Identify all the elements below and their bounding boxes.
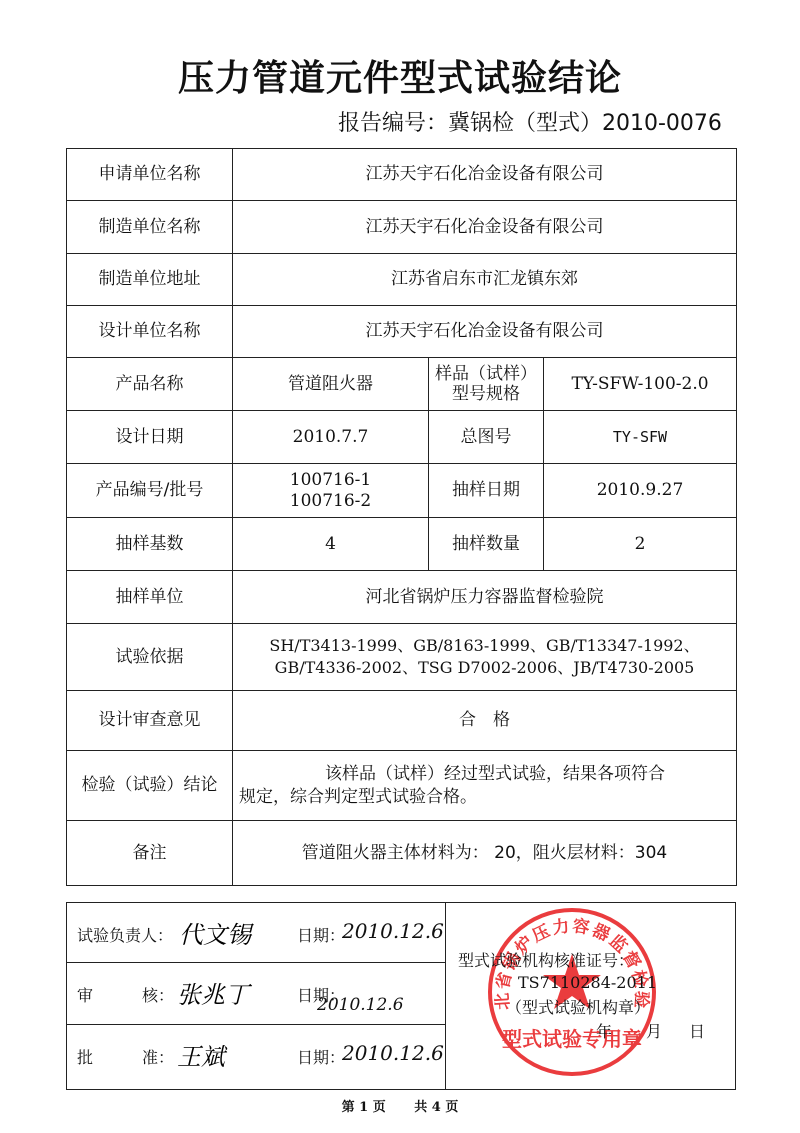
table-row: 申请单位名称 江苏天宇石化冶金设备有限公司 [67, 149, 737, 201]
drawing-no-label: 总图号 [429, 411, 544, 464]
official-seal-icon: 河北省锅炉压力容器监督检验院 型式试验专用章 [486, 906, 658, 1078]
sampling-base-value: 4 [233, 518, 429, 571]
sampling-date-label: 抽样日期 [429, 464, 544, 518]
approver-date-label: 日期： [297, 1045, 345, 1068]
year-label: 年 [596, 1019, 612, 1042]
remarks-value: 管道阻火器主体材料为： 20，阻火层材料：304 [233, 821, 737, 886]
approver-role-label2: 准： [142, 1045, 174, 1068]
design-review-label: 设计审查意见 [67, 691, 233, 751]
reviewer-signature: 张兆丁 [177, 975, 249, 1010]
certificate-label: 型式试验机构核准证号： [458, 948, 634, 971]
applicant-label: 申请单位名称 [67, 149, 233, 201]
table-row: 抽样基数 4 抽样数量 2 [67, 518, 737, 571]
designer-value: 江苏天宇石化冶金设备有限公司 [233, 306, 737, 358]
reviewer-row: 审 核： 张兆丁 日期： 2010.12.6 [67, 963, 445, 1025]
results-table: 申请单位名称 江苏天宇石化冶金设备有限公司 制造单位名称 江苏天宇石化冶金设备有… [66, 148, 737, 886]
tester-role-label: 试验负责人： [77, 923, 173, 946]
sampling-unit-label: 抽样单位 [67, 571, 233, 624]
table-row: 试验依据 SH/T3413-1999、GB/8163-1999、GB/T1334… [67, 624, 737, 691]
table-row: 产品名称 管道阻火器 样品（试样） 型号规格 TY-SFW-100-2.0 [67, 358, 737, 411]
month-label: 月 [646, 1019, 662, 1042]
drawing-no-value: TY-SFW [544, 411, 737, 464]
table-row: 设计审查意见 合 格 [67, 691, 737, 751]
table-row: 设计单位名称 江苏天宇石化冶金设备有限公司 [67, 306, 737, 358]
model-spec-label: 样品（试样） 型号规格 [429, 358, 544, 411]
table-row: 产品编号/批号 100716-1 100716-2 抽样日期 2010.9.27 [67, 464, 737, 518]
applicant-value: 江苏天宇石化冶金设备有限公司 [233, 149, 737, 201]
tester-date: 2010.12.6 [342, 919, 444, 943]
approver-role-label: 批 [77, 1045, 93, 1068]
table-row: 抽样单位 河北省锅炉压力容器监督检验院 [67, 571, 737, 624]
page-footer: 第 1 页 共 4 页 [0, 1096, 800, 1115]
design-date-label: 设计日期 [67, 411, 233, 464]
conclusion-line1: 该样品（试样）经过型式试验，结果各项符合 [239, 763, 730, 786]
mfr-address-value: 江苏省启东市汇龙镇东郊 [233, 254, 737, 306]
batch-no-line1: 100716-1 [237, 470, 424, 490]
sampling-qty-value: 2 [544, 518, 737, 571]
test-basis-line1: SH/T3413-1999、GB/8163-1999、GB/T13347-199… [237, 635, 732, 657]
designer-label: 设计单位名称 [67, 306, 233, 358]
table-row: 设计日期 2010.7.7 总图号 TY-SFW [67, 411, 737, 464]
sampling-date-value: 2010.9.27 [544, 464, 737, 518]
certificate-note: （型式试验机构章） [506, 995, 650, 1018]
model-spec-value: TY-SFW-100-2.0 [544, 358, 737, 411]
svg-text:型式试验专用章: 型式试验专用章 [502, 1027, 642, 1051]
sampling-unit-value: 河北省锅炉压力容器监督检验院 [233, 571, 737, 624]
table-row: 制造单位地址 江苏省启东市汇龙镇东郊 [67, 254, 737, 306]
batch-no-label: 产品编号/批号 [67, 464, 233, 518]
test-basis-value: SH/T3413-1999、GB/8163-1999、GB/T13347-199… [233, 624, 737, 691]
table-row: 备注 管道阻火器主体材料为： 20，阻火层材料：304 [67, 821, 737, 886]
conclusion-value: 该样品（试样）经过型式试验，结果各项符合 规定，综合判定型式试验合格。 [233, 751, 737, 821]
model-spec-label-line2: 型号规格 [433, 384, 539, 404]
reviewer-role-label: 审 [77, 983, 93, 1006]
page-number: 第 1 页 [342, 1100, 386, 1115]
tester-date-label: 日期： [297, 923, 345, 946]
model-spec-label-line1: 样品（试样） [433, 364, 539, 384]
design-review-value: 合 格 [233, 691, 737, 751]
batch-no-value: 100716-1 100716-2 [233, 464, 429, 518]
batch-no-line2: 100716-2 [237, 491, 424, 511]
reviewer-date: 2010.12.6 [317, 995, 404, 1015]
page-total: 共 4 页 [414, 1100, 458, 1115]
document-title: 压力管道元件型式试验结论 [0, 50, 800, 101]
approver-row: 批 准： 王斌 日期： 2010.12.6 [67, 1025, 445, 1089]
sampling-qty-label: 抽样数量 [429, 518, 544, 571]
approver-date: 2010.12.6 [342, 1041, 444, 1065]
mfr-address-label: 制造单位地址 [67, 254, 233, 306]
test-basis-label: 试验依据 [67, 624, 233, 691]
reviewer-role-label2: 核： [142, 983, 174, 1006]
report-number: 报告编号：冀锅检（型式）2010-0076 [338, 106, 722, 137]
conclusion-line2: 规定，综合判定型式试验合格。 [239, 786, 730, 809]
signature-section: 试验负责人： 代文锡 日期： 2010.12.6 审 核： 张兆丁 日期： 20… [66, 902, 736, 1090]
tester-signature: 代文锡 [179, 915, 251, 950]
signatures-column: 试验负责人： 代文锡 日期： 2010.12.6 审 核： 张兆丁 日期： 20… [67, 903, 446, 1089]
tester-row: 试验负责人： 代文锡 日期： 2010.12.6 [67, 903, 445, 963]
manufacturer-value: 江苏天宇石化冶金设备有限公司 [233, 201, 737, 254]
certificate-column: 河北省锅炉压力容器监督检验院 型式试验专用章 型式试验机构核准证号： TS711… [446, 903, 735, 1089]
design-date-value: 2010.7.7 [233, 411, 429, 464]
product-name-label: 产品名称 [67, 358, 233, 411]
certificate-number: TS7110284-2011 [518, 973, 657, 992]
manufacturer-label: 制造单位名称 [67, 201, 233, 254]
conclusion-label: 检验（试验）结论 [67, 751, 233, 821]
product-name-value: 管道阻火器 [233, 358, 429, 411]
table-row: 制造单位名称 江苏天宇石化冶金设备有限公司 [67, 201, 737, 254]
test-basis-line2: GB/T4336-2002、TSG D7002-2006、JB/T4730-20… [237, 657, 732, 679]
sampling-base-label: 抽样基数 [67, 518, 233, 571]
approver-signature: 王斌 [177, 1037, 225, 1072]
remarks-label: 备注 [67, 821, 233, 886]
table-row: 检验（试验）结论 该样品（试样）经过型式试验，结果各项符合 规定，综合判定型式试… [67, 751, 737, 821]
day-label: 日 [689, 1019, 705, 1042]
